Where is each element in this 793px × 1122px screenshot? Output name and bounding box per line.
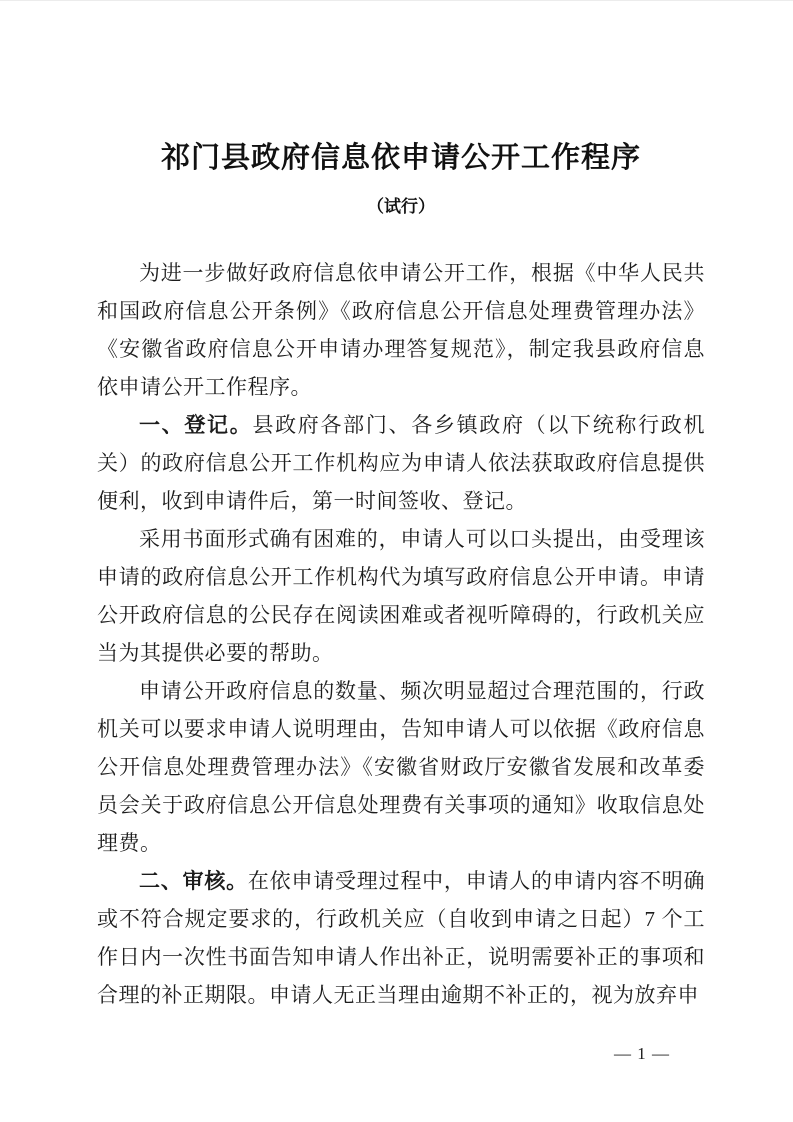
document-page: 祁门县政府信息依申请公开工作程序 （试行） 为进一步做好政府信息依申请公开工作，… [0,0,793,1122]
document-body: 为进一步做好政府信息依申请公开工作，根据《中华人民共和国政府信息公开条例》《政府… [97,254,705,1014]
body-paragraph: 为进一步做好政府信息依申请公开工作，根据《中华人民共和国政府信息公开条例》《政府… [97,254,705,406]
body-paragraph: 采用书面形式确有困难的，申请人可以口头提出，由受理该申请的政府信息公开工作机构代… [97,520,705,672]
paragraph-lead: 一、登记。 [139,413,252,437]
document-content: 祁门县政府信息依申请公开工作程序 （试行） 为进一步做好政府信息依申请公开工作，… [97,1,705,1014]
page-number: — 1 — [614,1044,670,1064]
document-subtitle: （试行） [97,196,705,218]
body-paragraph: 一、登记。县政府各部门、各乡镇政府（以下统称行政机关）的政府信息公开工作机构应为… [97,406,705,520]
body-paragraph: 二、审核。在依申请受理过程中，申请人的申请内容不明确或不符合规定要求的，行政机关… [97,862,705,1014]
body-paragraph: 申请公开政府信息的数量、频次明显超过合理范围的，行政机关可以要求申请人说明理由，… [97,672,705,862]
paragraph-text: 申请公开政府信息的数量、频次明显超过合理范围的，行政机关可以要求申请人说明理由，… [97,679,705,855]
paragraph-text: 为进一步做好政府信息依申请公开工作，根据《中华人民共和国政府信息公开条例》《政府… [97,261,705,399]
document-title: 祁门县政府信息依申请公开工作程序 [97,141,705,176]
paragraph-text: 采用书面形式确有困难的，申请人可以口头提出，由受理该申请的政府信息公开工作机构代… [97,527,705,665]
paragraph-lead: 二、审核。 [139,869,248,893]
